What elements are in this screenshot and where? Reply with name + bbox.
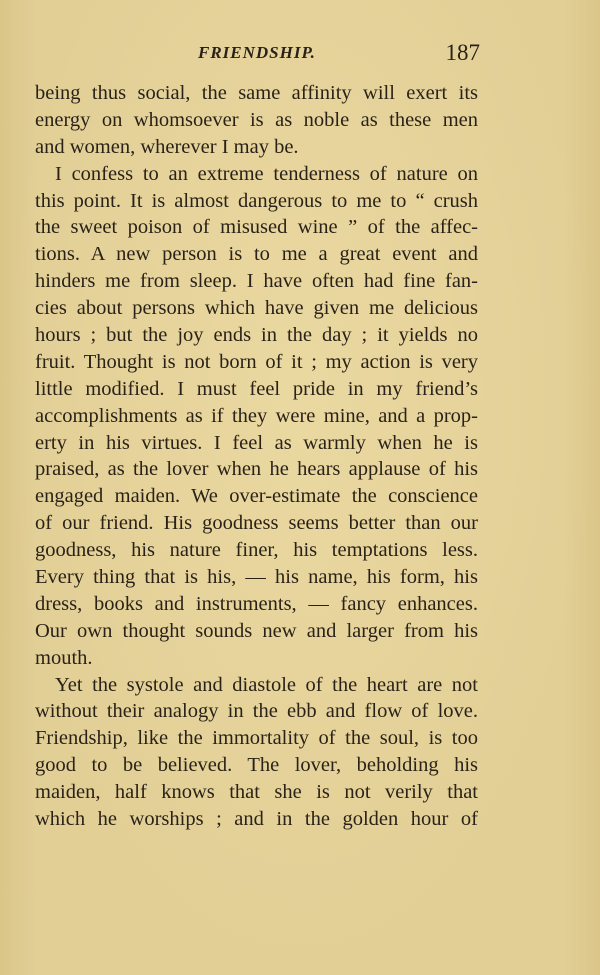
text-line: energy on whomsoever is as noble as thes… xyxy=(35,107,478,134)
text-line: tions. A new person is to me a great eve… xyxy=(35,241,478,268)
text-line: accomplishments as if they were mine, an… xyxy=(35,403,478,430)
text-line: of our friend. His goodness seems better… xyxy=(35,510,478,537)
paragraph-3: Yet the systole and diastole of the hear… xyxy=(35,672,478,833)
text-line: Friendship, like the immortality of the … xyxy=(35,725,478,752)
running-header: FRIENDSHIP. 187 xyxy=(35,40,478,80)
text-line: without their analogy in the ebb and flo… xyxy=(35,698,478,725)
text-line: mouth. xyxy=(35,645,478,672)
body-text: being thus social, the same affinity wil… xyxy=(35,80,478,833)
text-line: praised, as the lover when he hears appl… xyxy=(35,456,478,483)
text-line: Our own thought sounds new and larger fr… xyxy=(35,618,478,645)
book-page: FRIENDSHIP. 187 being thus social, the s… xyxy=(35,40,478,833)
text-line: good to be believed. The lover, beholdin… xyxy=(35,752,478,779)
text-line: cies about persons which have given me d… xyxy=(35,295,478,322)
text-line: engaged maiden. We over-estimate the con… xyxy=(35,483,478,510)
text-line: little modified. I must feel pride in my… xyxy=(35,376,478,403)
text-line: fruit. Thought is not born of it ; my ac… xyxy=(35,349,478,376)
text-line: and women, wherever I may be. xyxy=(35,134,478,161)
text-line: dress, books and instruments, — fancy en… xyxy=(35,591,478,618)
text-line: Yet the systole and diastole of the hear… xyxy=(35,672,478,699)
text-line: hours ; but the joy ends in the day ; it… xyxy=(35,322,478,349)
text-line: which he worships ; and in the golden ho… xyxy=(35,806,478,833)
paragraph-2: I confess to an extreme tenderness of na… xyxy=(35,161,478,672)
page-number: 187 xyxy=(446,40,481,66)
text-line: this point. It is almost dangerous to me… xyxy=(35,188,478,215)
text-line: goodness, his nature finer, his temptati… xyxy=(35,537,478,564)
text-line: being thus social, the same affinity wil… xyxy=(35,80,478,107)
text-line: erty in his virtues. I feel as warmly wh… xyxy=(35,430,478,457)
running-title: FRIENDSHIP. xyxy=(198,43,316,63)
text-line: maiden, half knows that she is not veril… xyxy=(35,779,478,806)
text-line: the sweet poison of misused wine ” of th… xyxy=(35,214,478,241)
text-line: Every thing that is his, — his name, his… xyxy=(35,564,478,591)
text-line: I confess to an extreme tenderness of na… xyxy=(35,161,478,188)
paragraph-1: being thus social, the same affinity wil… xyxy=(35,80,478,161)
text-line: hinders me from sleep. I have often had … xyxy=(35,268,478,295)
